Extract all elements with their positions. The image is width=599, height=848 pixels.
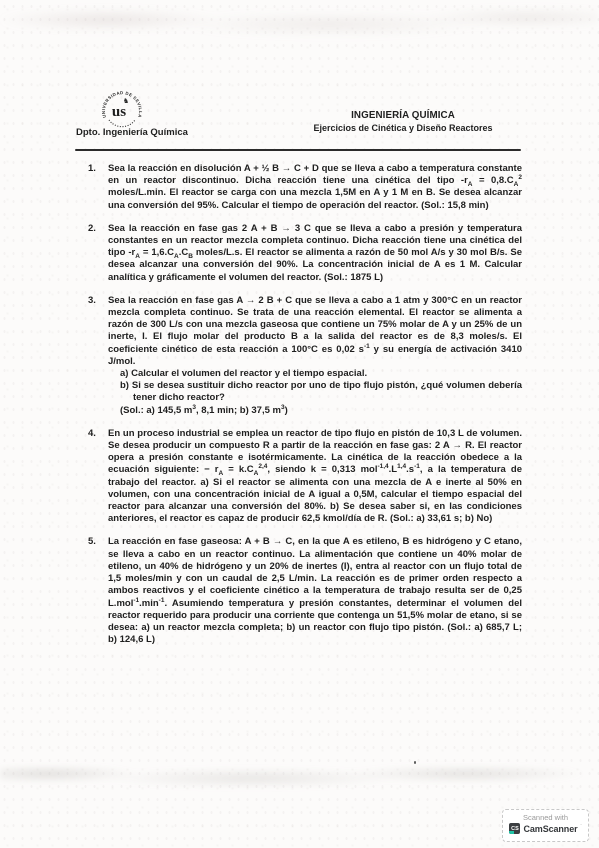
camscanner-logo-icon: CS [509,823,520,834]
problem-5: 5. La reacción en fase gaseosa: A + B → … [88,536,522,646]
problem-number: 2. [88,223,108,284]
problem-list: 1. Sea la reacción en disolución A + ½ B… [88,163,522,657]
camscanner-tm-mark: ’ [581,823,582,828]
problem-solution: (Sol.: a) 145,5 m3, 8,1 min; b) 37,5 m3) [120,405,522,417]
problem-text: La reacción en fase gaseosa: A + B → C, … [108,536,522,646]
document-subtitle: Ejercicios de Cinética y Diseño Reactore… [283,123,523,133]
header-title-block: INGENIERÍA QUÍMICA Ejercicios de Cinétic… [283,110,523,133]
problem-text: Sea la reacción en fase gas A → 2 B + C … [108,295,522,368]
seal-monogram: us [112,104,126,120]
department-label: Dpto. Ingeniería Química [76,127,246,138]
scan-smudge-bottom [0,755,599,797]
problem-text: Sea la reacción en disolución A + ½ B → … [108,163,522,212]
problem-1: 1. Sea la reacción en disolución A + ½ B… [88,163,522,212]
scan-artifact-dot [414,761,416,764]
university-seal-icon: UNIVERSIDAD DE SEVILLA ♞ us [99,85,145,131]
problem-4: 4. En un proceso industrial se emplea un… [88,428,522,526]
camscanner-logo-letters: CS [511,826,519,832]
problem-3: 3. Sea la reacción en fase gas A → 2 B +… [88,295,522,417]
scanned-with-label: Scanned with [503,813,588,822]
problem-number: 4. [88,428,108,526]
document-title: INGENIERÍA QUÍMICA [283,110,523,121]
problem-number: 3. [88,295,108,417]
problem-2: 2. Sea la reacción en fase gas 2 A + B →… [88,223,522,284]
problem-subitem-b: b) Si se desea sustituir dicho reactor p… [120,380,522,404]
problem-number: 5. [88,536,108,646]
header-divider [75,149,521,151]
problem-text: Sea la reacción en fase gas 2 A + B → 3 … [108,223,522,284]
scanned-page: UNIVERSIDAD DE SEVILLA ♞ us Dpto. Ingeni… [0,0,599,848]
problem-text: En un proceso industrial se emplea un re… [108,428,522,526]
camscanner-brand-label: CamScanner [523,824,577,834]
scan-smudge-top [0,0,599,44]
problem-subitem-a: a) Calcular el volumen del reactor y el … [120,368,522,380]
camscanner-badge: Scanned with CS CamScanner ’ [502,809,589,842]
problem-number: 1. [88,163,108,212]
